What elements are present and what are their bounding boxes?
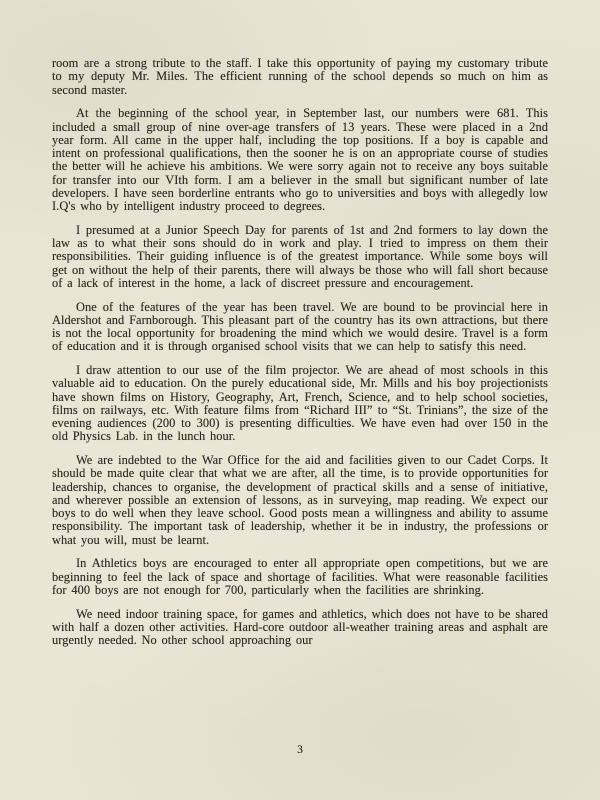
paragraph: room are a strong tribute to the staff. … (52, 57, 548, 97)
paragraph: At the beginning of the school year, in … (52, 107, 548, 213)
paragraph: I presumed at a Junior Speech Day for pa… (52, 224, 548, 290)
page-number: 3 (0, 744, 600, 756)
paragraph: One of the features of the year has been… (52, 301, 548, 354)
paragraph: In Athletics boys are encouraged to ente… (52, 557, 548, 597)
paragraph: We are indebted to the War Office for th… (52, 454, 548, 547)
paragraph: I draw attention to our use of the film … (52, 364, 548, 444)
paragraph: We need indoor training space, for games… (52, 608, 548, 648)
page-body-text: room are a strong tribute to the staff. … (52, 57, 548, 658)
document-page: room are a strong tribute to the staff. … (0, 0, 600, 800)
